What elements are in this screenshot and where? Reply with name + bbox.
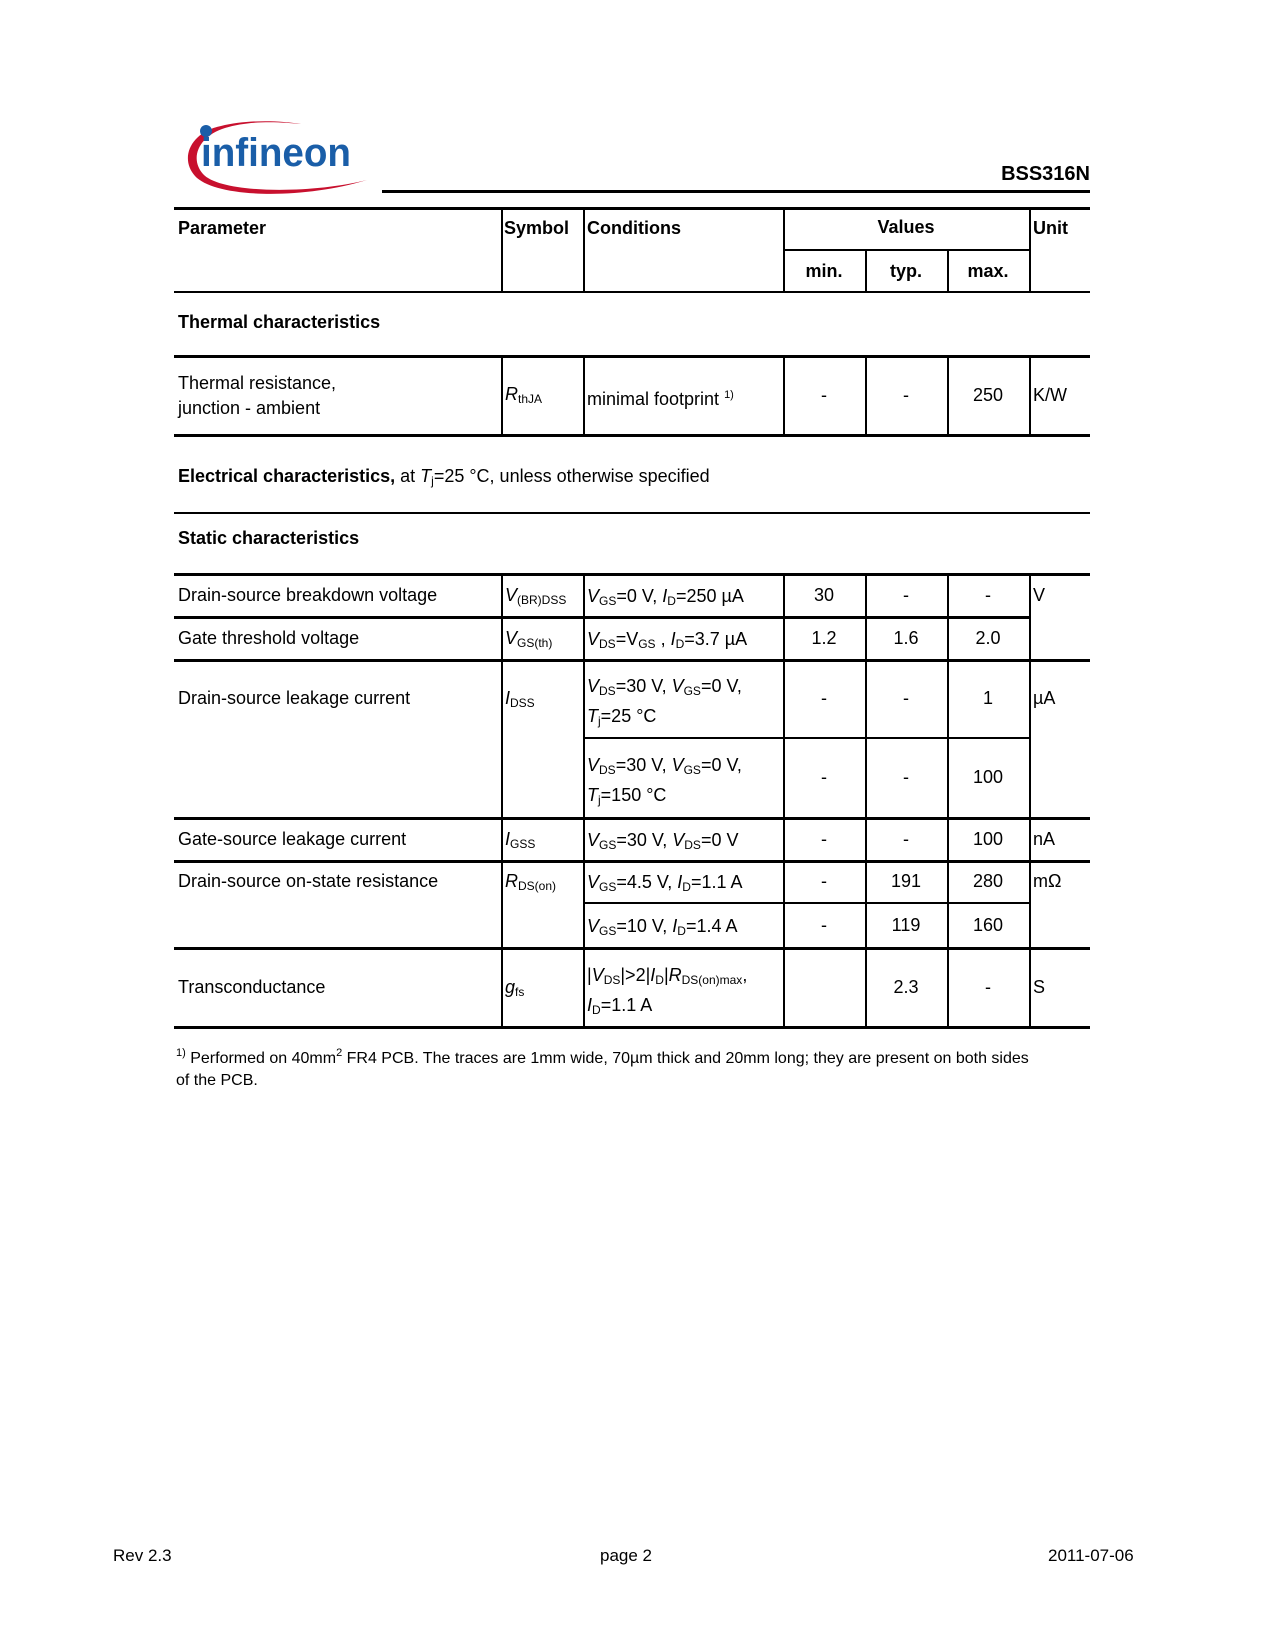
condition: VGS=4.5 V, ID=1.1 A bbox=[587, 870, 743, 900]
param-name: Drain-source breakdown voltage bbox=[178, 584, 437, 606]
condition: VDS=30 V, VGS=0 V,Tj=150 °C bbox=[587, 753, 742, 813]
param-name: Gate threshold voltage bbox=[178, 627, 359, 649]
unit: nA bbox=[1033, 828, 1055, 850]
condition: VDS=VGS , ID=3.7 µA bbox=[587, 627, 747, 657]
value-min: - bbox=[783, 384, 865, 406]
section-title-thermal: Thermal characteristics bbox=[178, 311, 380, 333]
symbol: RthJA bbox=[505, 383, 542, 410]
header-values: Values bbox=[783, 216, 1029, 238]
unit: V bbox=[1033, 584, 1045, 606]
section-title-electrical: Electrical characteristics, at Tj=25 °C,… bbox=[178, 465, 710, 492]
value-typ: 2.3 bbox=[865, 976, 947, 998]
condition: |VDS|>2|ID|RDS(on)max,ID=1.1 A bbox=[587, 963, 747, 1023]
value-min: - bbox=[783, 914, 865, 936]
value-max: 2.0 bbox=[947, 627, 1029, 649]
param-name: Drain-source on-state resistance bbox=[178, 870, 438, 892]
section-title-static: Static characteristics bbox=[178, 527, 359, 549]
condition: VGS=30 V, VDS=0 V bbox=[587, 828, 738, 858]
param-line1: Thermal resistance, bbox=[178, 372, 336, 394]
unit: µA bbox=[1033, 687, 1055, 709]
value-typ: - bbox=[865, 384, 947, 406]
header-unit: Unit bbox=[1033, 217, 1068, 239]
header-min: min. bbox=[783, 260, 865, 282]
header-conditions: Conditions bbox=[587, 217, 681, 239]
condition: VGS=0 V, ID=250 µA bbox=[587, 584, 744, 614]
value-max: - bbox=[947, 976, 1029, 998]
value-typ: 119 bbox=[865, 914, 947, 936]
value-max: 160 bbox=[947, 914, 1029, 936]
param-name: Gate-source leakage current bbox=[178, 828, 406, 850]
value-min: 30 bbox=[783, 584, 865, 606]
param-line2: junction - ambient bbox=[178, 397, 320, 419]
param-name: Transconductance bbox=[178, 976, 325, 998]
header-parameter: Parameter bbox=[178, 217, 266, 239]
svg-text:infineon: infineon bbox=[201, 131, 351, 175]
param-name: Drain-source leakage current bbox=[178, 687, 410, 709]
header-max: max. bbox=[947, 260, 1029, 282]
condition: VGS=10 V, ID=1.4 A bbox=[587, 914, 738, 944]
footer-revision: Rev 2.3 bbox=[113, 1545, 172, 1567]
footnote: 1) Performed on 40mm2 FR4 PCB. The trace… bbox=[176, 1042, 1096, 1092]
symbol: V(BR)DSS bbox=[505, 584, 566, 611]
value-max: - bbox=[947, 584, 1029, 606]
symbol: IDSS bbox=[505, 687, 535, 714]
value-max: 250 bbox=[947, 384, 1029, 406]
value-typ: 1.6 bbox=[865, 627, 947, 649]
symbol: VGS(th) bbox=[505, 627, 552, 654]
value-min: 1.2 bbox=[783, 627, 865, 649]
value-min: - bbox=[783, 828, 865, 850]
condition: minimal footprint 1) bbox=[587, 384, 734, 410]
footer-date: 2011-07-06 bbox=[1048, 1545, 1134, 1567]
value-max: 100 bbox=[947, 766, 1029, 788]
footer-page: page 2 bbox=[600, 1545, 652, 1567]
symbol: RDS(on) bbox=[505, 870, 556, 897]
value-typ: 191 bbox=[865, 870, 947, 892]
unit: S bbox=[1033, 976, 1045, 998]
header-symbol: Symbol bbox=[504, 217, 569, 239]
value-min: - bbox=[783, 687, 865, 709]
header-rule bbox=[382, 190, 1090, 193]
value-min: - bbox=[783, 766, 865, 788]
value-max: 280 bbox=[947, 870, 1029, 892]
value-typ: - bbox=[865, 766, 947, 788]
value-typ: - bbox=[865, 584, 947, 606]
value-max: 1 bbox=[947, 687, 1029, 709]
infineon-logo: infineon bbox=[181, 118, 373, 198]
unit: mΩ bbox=[1033, 870, 1061, 892]
value-typ: - bbox=[865, 687, 947, 709]
part-number: BSS316N bbox=[1001, 163, 1090, 186]
header-typ: typ. bbox=[865, 260, 947, 282]
value-min: - bbox=[783, 870, 865, 892]
value-max: 100 bbox=[947, 828, 1029, 850]
symbol: IGSS bbox=[505, 828, 535, 855]
condition: VDS=30 V, VGS=0 V,Tj=25 °C bbox=[587, 674, 742, 734]
unit: K/W bbox=[1033, 384, 1067, 406]
value-typ: - bbox=[865, 828, 947, 850]
symbol: gfs bbox=[505, 976, 524, 1003]
